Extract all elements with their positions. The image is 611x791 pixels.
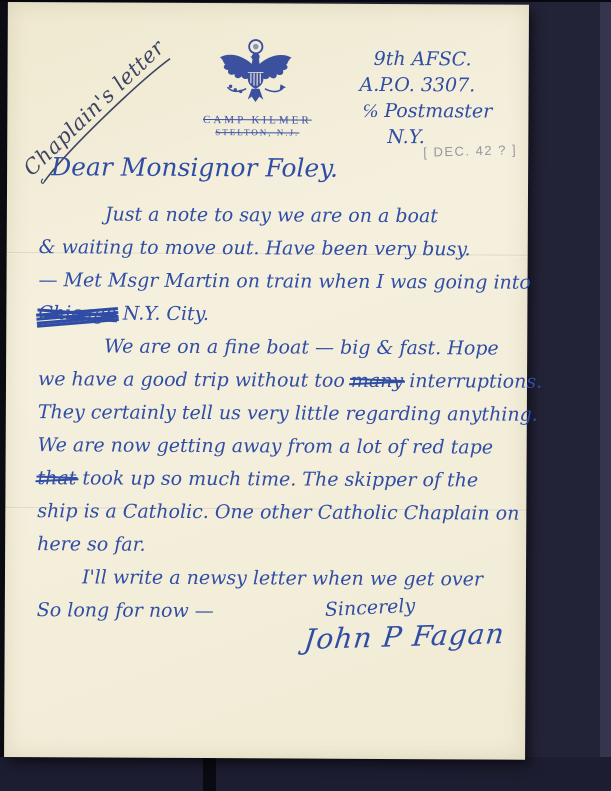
letter-text: Just a note to say we are on a boat <box>105 204 438 228</box>
letter-line: Chicago N.Y. City. <box>38 297 520 333</box>
date-annotation: [ DEC. 42 ? ] <box>423 142 517 160</box>
struck-word: Chicago <box>38 297 117 330</box>
letter-text: They certainly tell us very little regar… <box>38 401 538 426</box>
struck-word: that <box>37 462 76 495</box>
letter-line: Just a note to say we are on a boat <box>39 198 521 234</box>
letter-line: we have a good trip without too many int… <box>38 363 520 399</box>
background-right-strip <box>600 0 611 791</box>
letterhead: CAMP KILMER STELTON, N.J. <box>185 114 329 138</box>
address-line: ℅ Postmaster <box>362 98 492 125</box>
closing: Sincerely <box>324 595 415 621</box>
letter-text: I'll write a newsy letter when we get ov… <box>82 566 483 590</box>
letter-text: So long for now — <box>37 599 214 622</box>
letter-body: Just a note to say we are on a boat& wai… <box>37 198 521 630</box>
letter-text: We are now getting away from a lot of re… <box>38 434 494 458</box>
letter-text: We are on a fine boat — big & fast. Hope <box>104 336 499 360</box>
background-bottom-area <box>0 757 611 791</box>
address-line: A.P.O. 3307. <box>360 72 493 99</box>
paper-shadow-band <box>203 755 216 791</box>
letter-paper: Chaplain's letter <box>4 2 529 760</box>
letterhead-camp-name: CAMP KILMER <box>185 114 329 127</box>
letter-text: here so far. <box>37 533 146 556</box>
sender-address: 9th AFSC.A.P.O. 3307.℅ PostmasterN.Y. <box>359 46 492 151</box>
letter-line: here so far. <box>37 528 519 564</box>
struck-word: many <box>351 365 404 398</box>
letter-text: N.Y. City. <box>117 303 209 325</box>
letter-text: took up so much time. The skipper of the <box>76 467 478 491</box>
letter-text: ship is a Catholic. One other Catholic C… <box>37 500 519 525</box>
letter-line: I'll write a newsy letter when we get ov… <box>37 561 519 597</box>
letter-line: ship is a Catholic. One other Catholic C… <box>37 495 519 531</box>
letter-text: — Met Msgr Martin on train when I was go… <box>38 269 530 294</box>
address-line: 9th AFSC. <box>374 46 493 73</box>
salutation: Dear Monsignor Foley. <box>51 152 338 183</box>
letterhead-location: STELTON, N.J. <box>185 127 329 138</box>
letter-line: — Met Msgr Martin on train when I was go… <box>38 264 520 300</box>
letter-line: We are on a fine boat — big & fast. Hope <box>38 330 520 366</box>
letter-line: that took up so much time. The skipper o… <box>37 462 519 498</box>
letter-line: & waiting to move out. Have been very bu… <box>39 231 521 267</box>
army-eagle-crest-icon <box>207 37 303 116</box>
letter-line: They certainly tell us very little regar… <box>38 396 520 432</box>
letter-line: We are now getting away from a lot of re… <box>38 429 520 465</box>
letter-text: we have a good trip without too <box>38 368 351 392</box>
letter-text: & waiting to move out. Have been very bu… <box>39 236 471 260</box>
letter-text: interruptions. <box>403 370 542 393</box>
signature: John P Fagan <box>302 617 506 656</box>
photo-background: Chaplain's letter <box>0 0 611 791</box>
